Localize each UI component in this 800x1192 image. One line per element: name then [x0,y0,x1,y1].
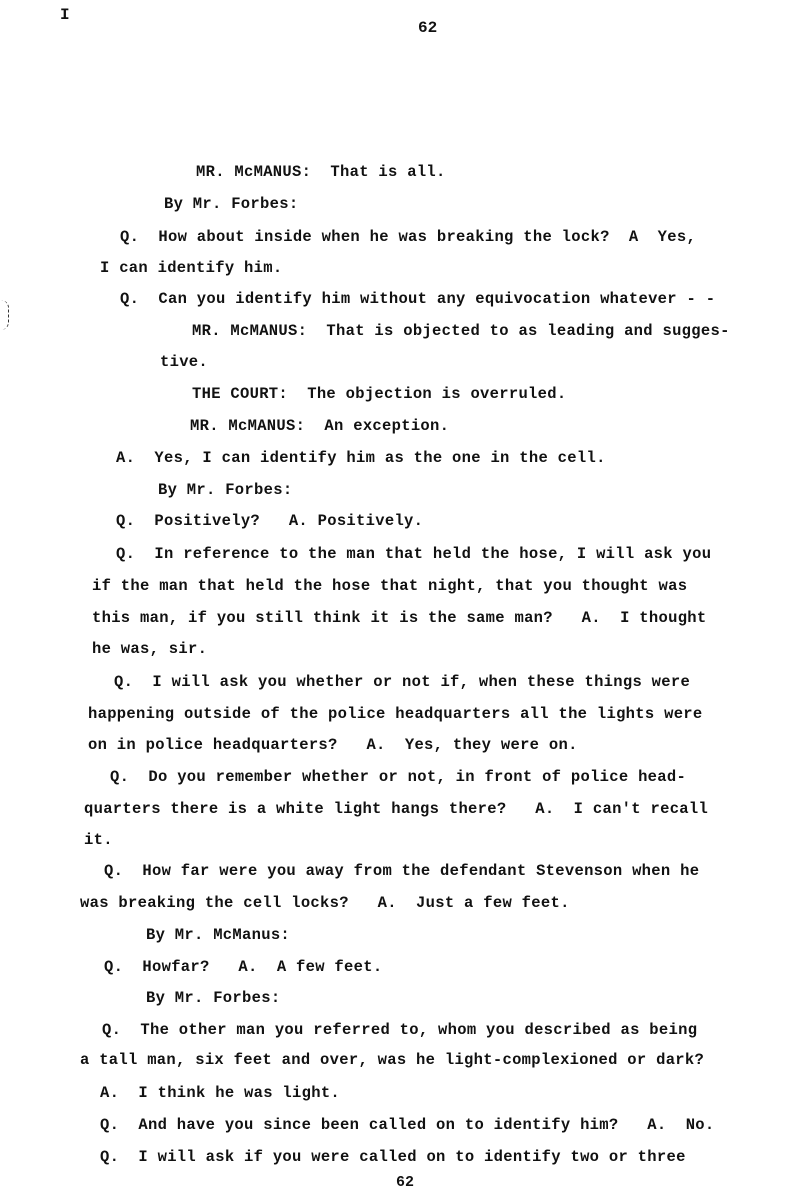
transcript-line: MR. McMANUS: That is objected to as lead… [192,322,730,340]
transcript-line: By Mr. Forbes: [146,989,280,1007]
transcript-line: Q. I will ask you whether or not if, whe… [114,673,690,691]
transcript-line: a tall man, six feet and over, was he li… [80,1051,704,1069]
transcript-line: MR. McMANUS: An exception. [190,417,449,435]
page-number-top: 62 [418,19,437,37]
transcript-line: By Mr. Forbes: [158,481,292,499]
transcript-line: By Mr. Forbes: [164,195,298,213]
page-number-bottom: 62 [396,1174,414,1191]
transcript-line: he was, sir. [92,640,207,658]
transcript-page: I 62 MR. McMANUS: That is all. By Mr. Fo… [0,0,800,1192]
transcript-line: A. I think he was light. [100,1084,340,1102]
transcript-line: it. [84,831,113,849]
transcript-line: was breaking the cell locks? A. Just a f… [80,894,570,912]
transcript-line: By Mr. McManus: [146,926,290,944]
transcript-line: THE COURT: The objection is overruled. [192,385,566,403]
transcript-line: tive. [160,353,208,371]
transcript-line: if the man that held the hose that night… [92,577,687,595]
transcript-line: A. Yes, I can identify him as the one in… [116,449,606,467]
transcript-line: Q. How far were you away from the defend… [104,862,699,880]
transcript-line: Q. How about inside when he was breaking… [120,228,696,246]
transcript-line: Q. Positively? A. Positively. [116,512,423,530]
transcript-line: Q. I will ask if you were called on to i… [100,1148,686,1166]
margin-bracket-mark [0,300,9,330]
transcript-line: quarters there is a white light hangs th… [84,800,708,818]
transcript-line: Q. Do you remember whether or not, in fr… [110,768,686,786]
transcript-line: this man, if you still think it is the s… [92,609,707,627]
transcript-line: MR. McMANUS: That is all. [196,163,446,181]
transcript-line: Q. Howfar? A. A few feet. [104,958,382,976]
transcript-line: Q. In reference to the man that held the… [116,545,711,563]
transcript-line: I can identify him. [100,259,282,277]
transcript-line: Q. And have you since been called on to … [100,1116,715,1134]
transcript-line: Q. Can you identify him without any equi… [120,290,715,308]
transcript-line: Q. The other man you referred to, whom y… [102,1021,697,1039]
transcript-line: happening outside of the police headquar… [88,705,703,723]
corner-mark: I [60,6,70,24]
transcript-line: on in police headquarters? A. Yes, they … [88,736,578,754]
